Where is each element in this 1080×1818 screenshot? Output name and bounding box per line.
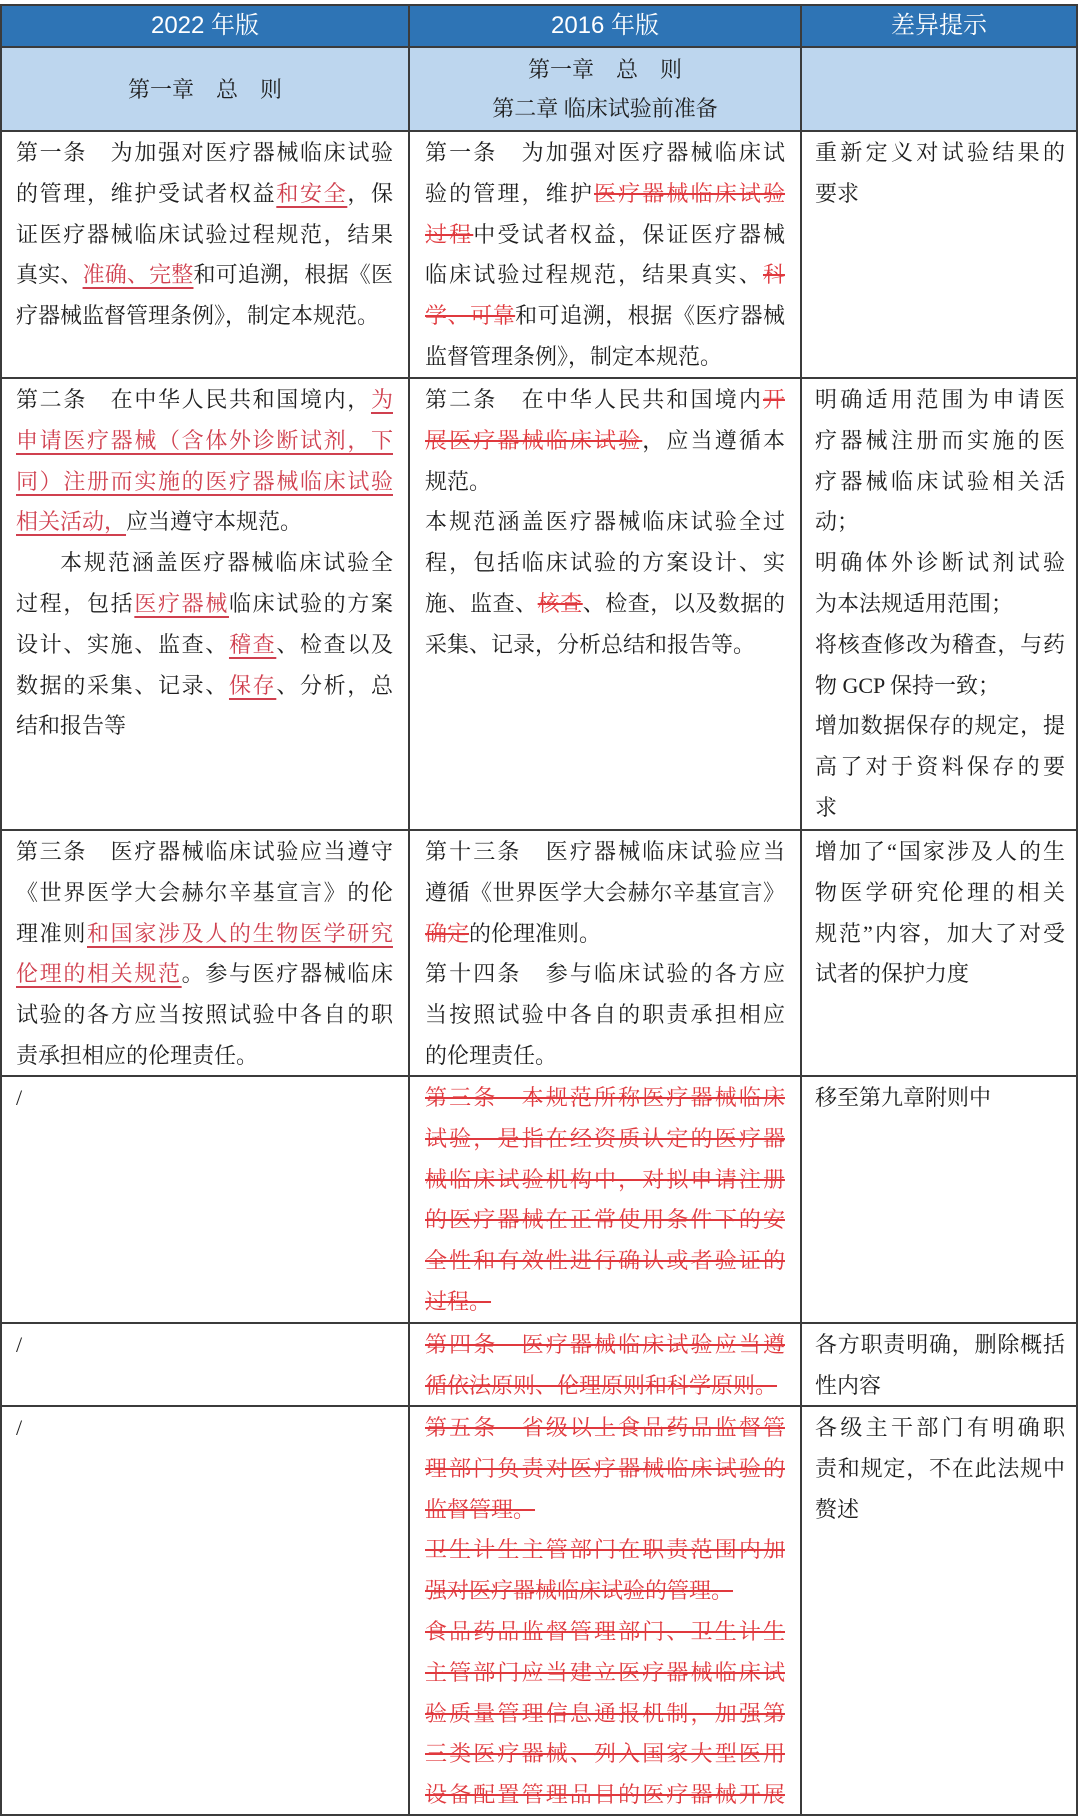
- text-span: 增加数据保存的规定，提: [815, 713, 1065, 738]
- text-span: 第十四条 参与临床试验的各方应: [425, 961, 785, 986]
- text-span: 的伦理准则。: [469, 921, 601, 946]
- text-line: 的医疗器械在正常使用条件下的安: [425, 1200, 785, 1241]
- text-span: 明确体外诊断试剂试验: [815, 550, 1065, 575]
- text-line: 求: [815, 788, 1065, 829]
- text-span: 高了对于资料保存的要: [815, 754, 1065, 779]
- text-line: 第十三条 医疗器械临床试验应当: [425, 832, 785, 873]
- text-line: /: [16, 1325, 393, 1366]
- text-line: 高了对于资料保存的要: [815, 747, 1065, 788]
- text-span: 结和报告等: [16, 713, 126, 738]
- text-span: 第一条 为加强对医疗器械临床试验: [16, 140, 393, 165]
- table-row: 第三条 医疗器械临床试验应当遵守《世界医学大会赫尔辛基宣言》的伦理准则和国家涉及…: [2, 829, 1076, 1075]
- text-line: 三类医疗器械、列入国家大型医用: [425, 1734, 785, 1775]
- text-line: 伦理的相关规范。参与医疗器械临床: [16, 954, 393, 995]
- inserted-text: 稽查: [229, 632, 276, 657]
- deleted-text: 第三条 本规范所称医疗器械临床: [425, 1085, 785, 1110]
- cell-2022: /: [2, 1407, 408, 1814]
- text-line: 明确适用范围为申请医: [815, 380, 1065, 421]
- cell-2022: 第一条 为加强对医疗器械临床试验的管理，维护受试者权益和安全，保证医疗器械临床试…: [2, 132, 408, 377]
- text-span: 各方职责明确，删除概括: [815, 1332, 1065, 1357]
- text-line: 卫生计生主管部门在职责范围内加: [425, 1530, 785, 1571]
- text-span: 试验的各方应当按照试验中各自的职: [16, 1002, 393, 1027]
- comparison-table: 2022 年版 2016 年版 差异提示 第一章 总 则 第一章 总 则 第二章…: [0, 4, 1078, 1816]
- text-span: 明确适用范围为申请医: [815, 387, 1065, 412]
- cell-diff-note: 移至第九章附则中: [800, 1077, 1076, 1322]
- header-cell-diff-note: 差异提示: [800, 6, 1076, 46]
- table-row: 第二条 在中华人民共和国境内，为申请医疗器械（含体外诊断试剂，下同）注册而实施的…: [2, 377, 1076, 829]
- cell-diff-note: 明确适用范围为申请医疗器械注册而实施的医疗器械临床试验相关活动；明确体外诊断试剂…: [800, 379, 1076, 829]
- text-line: 确定的伦理准则。: [425, 914, 785, 955]
- text-line: 食品药品监督管理部门、卫生计生: [425, 1612, 785, 1653]
- deleted-text: 食品药品监督管理部门、卫生计生: [425, 1619, 785, 1644]
- text-span: 动；: [815, 509, 859, 534]
- text-line: 主管部门应当建立医疗器械临床试: [425, 1653, 785, 1694]
- text-line: 数据的采集、记录、保存、分析，总: [16, 666, 393, 707]
- header-cell-2022: 2022 年版: [2, 6, 408, 46]
- deleted-text: 过程。: [425, 1289, 491, 1314]
- text-line: 采集、记录，分析总结和报告等。: [425, 625, 785, 666]
- text-line: 监督管理。: [425, 1490, 785, 1531]
- header-label: 差异提示: [891, 6, 987, 46]
- text-span: 理准则: [16, 921, 87, 946]
- table-row: /第五条 省级以上食品药品监督管理部门负责对医疗器械临床试验的监督管理。卫生计生…: [2, 1405, 1076, 1814]
- chapter-title: 第一章 总 则: [128, 70, 282, 109]
- deleted-text: 确定: [425, 921, 469, 946]
- text-line: 过程，包括医疗器械临床试验的方案: [16, 584, 393, 625]
- text-span: 要求: [815, 181, 859, 206]
- text-line: 设备配置管理品目的医疗器械开展: [425, 1775, 785, 1814]
- text-span: 验的管理，维护: [425, 181, 594, 206]
- text-line: 《世界医学大会赫尔辛基宣言》的伦: [16, 873, 393, 914]
- text-line: 的管理，维护受试者权益和安全，保: [16, 174, 393, 215]
- text-span: 重新定义对试验结果的: [815, 140, 1065, 165]
- text-line: 移至第九章附则中: [815, 1078, 1065, 1119]
- text-line: 验的管理，维护医疗器械临床试验: [425, 174, 785, 215]
- text-line: 要求: [815, 174, 1065, 215]
- text-line: 第一条 为加强对医疗器械临床试: [425, 133, 785, 174]
- cell-diff-note: 重新定义对试验结果的要求: [800, 132, 1076, 377]
- deleted-text: 设备配置管理品目的医疗器械开展: [425, 1782, 785, 1807]
- text-span: 物医学研究伦理的相关: [815, 880, 1065, 905]
- deleted-text: 医疗器械临床试验: [594, 181, 785, 206]
- text-span: 的伦理责任。: [425, 1043, 557, 1068]
- deleted-text: 的医疗器械在正常使用条件下的安: [425, 1207, 785, 1232]
- text-span: 程，包括临床试验的方案设计、实: [425, 550, 785, 575]
- deleted-text: 学、可靠: [425, 303, 515, 328]
- text-line: 性内容: [815, 1366, 1065, 1405]
- text-line: 第一条 为加强对医疗器械临床试验: [16, 133, 393, 174]
- text-span: 和可追溯，根据《医疗器械: [515, 303, 785, 328]
- cell-2016: 第三条 本规范所称医疗器械临床试验，是指在经资质认定的医疗器械临床试验机构中，对…: [408, 1077, 800, 1322]
- deleted-text: 主管部门应当建立医疗器械临床试: [425, 1660, 785, 1685]
- text-span: 规范”内容，加大了对受: [815, 921, 1065, 946]
- text-line: 重新定义对试验结果的: [815, 133, 1065, 174]
- text-span: ，保: [347, 181, 393, 206]
- text-span: 、检查，以及数据的: [583, 591, 785, 616]
- text-span: 《世界医学大会赫尔辛基宣言》的伦: [16, 880, 393, 905]
- text-span: 证医疗器械临床试验过程规范，结果: [16, 222, 393, 247]
- text-line: 监督管理条例》，制定本规范。: [425, 337, 785, 377]
- text-line: 过程。: [425, 1282, 785, 1322]
- text-span: ，应当遵循本: [642, 428, 785, 453]
- text-line: 展医疗器械临床试验，应当遵循本: [425, 421, 785, 462]
- text-span: 移至第九章附则中: [815, 1085, 991, 1110]
- inserted-text: 和国家涉及人的生物医学研究: [87, 921, 393, 946]
- text-line: 各方职责明确，删除概括: [815, 1325, 1065, 1366]
- chapter-row: 第一章 总 则 第一章 总 则 第二章 临床试验前准备: [2, 46, 1076, 130]
- text-span: 规范。: [425, 469, 491, 494]
- text-line: 验质量管理信息通报机制，加强第: [425, 1694, 785, 1735]
- cell-2022: 第三条 医疗器械临床试验应当遵守《世界医学大会赫尔辛基宣言》的伦理准则和国家涉及…: [2, 831, 408, 1075]
- text-line: 遵循《世界医学大会赫尔辛基宣言》: [425, 873, 785, 914]
- text-line: 责和规定，不在此法规中: [815, 1449, 1065, 1490]
- text-line: 第三条 本规范所称医疗器械临床: [425, 1078, 785, 1119]
- text-span: 疗器械监督管理条例》，制定本规范。: [16, 303, 379, 328]
- text-span: 的管理，维护受试者权益: [16, 181, 276, 206]
- table-row: /第四条 医疗器械临床试验应当遵循依法原则、伦理原则和科学原则。各方职责明确，删…: [2, 1322, 1076, 1405]
- deleted-text: 第五条 省级以上食品药品监督管: [425, 1415, 785, 1440]
- cell-diff-note: 各方职责明确，删除概括性内容: [800, 1324, 1076, 1405]
- inserted-text: 伦理的相关规范: [16, 961, 182, 986]
- text-line: 第二条 在中华人民共和国境内开: [425, 380, 785, 421]
- text-span: 。参与医疗器械临床: [182, 961, 393, 986]
- text-line: 相关活动，应当遵守本规范。: [16, 502, 393, 543]
- deleted-text: 监督管理。: [425, 1497, 535, 1522]
- text-span: 应当遵守本规范。: [126, 509, 302, 534]
- table-row: 第一条 为加强对医疗器械临床试验的管理，维护受试者权益和安全，保证医疗器械临床试…: [2, 130, 1076, 377]
- text-line: /: [16, 1408, 393, 1449]
- deleted-text: 试验，是指在经资质认定的医疗器: [425, 1126, 785, 1151]
- text-span: 过程，包括: [16, 591, 134, 616]
- text-span: /: [16, 1415, 22, 1440]
- text-span: 责和规定，不在此法规中: [815, 1456, 1065, 1481]
- table-header-row: 2022 年版 2016 年版 差异提示: [2, 4, 1076, 46]
- inserted-text: 准确、完整: [83, 262, 194, 287]
- text-line: 临床试验过程规范，结果真实、科: [425, 255, 785, 296]
- text-line: 将核查修改为稽查，与药: [815, 625, 1065, 666]
- text-line: 第三条 医疗器械临床试验应当遵守: [16, 832, 393, 873]
- text-span: 增加了“国家涉及人的生: [815, 839, 1065, 864]
- text-span: 中受试者权益，保证医疗器械: [473, 222, 785, 247]
- table-row: /第三条 本规范所称医疗器械临床试验，是指在经资质认定的医疗器械临床试验机构中，…: [2, 1075, 1076, 1322]
- deleted-text: 三类医疗器械、列入国家大型医用: [425, 1741, 785, 1766]
- header-label: 2022 年版: [151, 6, 259, 46]
- chapter-cell-diff-note: [800, 48, 1076, 130]
- cell-2022: /: [2, 1077, 408, 1322]
- text-line: 规范。: [425, 462, 785, 503]
- text-line: 全性和有效性进行确认或者验证的: [425, 1241, 785, 1282]
- cell-2016: 第二条 在中华人民共和国境内开展医疗器械临床试验，应当遵循本规范。本规范涵盖医疗…: [408, 379, 800, 829]
- text-span: 第三条 医疗器械临床试验应当遵守: [16, 839, 393, 864]
- deleted-text: 循依法原则、伦理原则和科学原则。: [425, 1373, 777, 1398]
- text-line: 物 GCP 保持一致；: [815, 666, 1065, 707]
- text-span: 本规范涵盖医疗器械临床试验全: [60, 550, 393, 575]
- text-span: 和可追溯，根据《医: [194, 262, 393, 287]
- text-line: 的伦理责任。: [425, 1036, 785, 1075]
- text-line: 设计、实施、监查、稽查、检查以及: [16, 625, 393, 666]
- deleted-text: 械临床试验机构中，对拟申请注册: [425, 1167, 785, 1192]
- text-span: 物 GCP 保持一致；: [815, 673, 1000, 698]
- text-line: /: [16, 1078, 393, 1119]
- chapter-title: 第一章 总 则: [528, 50, 682, 89]
- text-span: 各级主干部门有明确职: [815, 1415, 1065, 1440]
- text-line: 试者的保护力度: [815, 954, 1065, 995]
- text-span: 临床试验过程规范，结果真实、: [425, 262, 763, 287]
- deleted-text: 科: [763, 262, 785, 287]
- deleted-text: 开: [763, 387, 785, 412]
- inserted-text: 相关活动，: [16, 509, 126, 534]
- text-span: 将核查修改为稽查，与药: [815, 632, 1065, 657]
- text-line: 试验的各方应当按照试验中各自的职: [16, 995, 393, 1036]
- text-span: 第二条 在中华人民共和国境内，: [16, 387, 371, 412]
- text-line: 结和报告等: [16, 706, 393, 747]
- chapter-title: 第二章 临床试验前准备: [492, 89, 718, 128]
- text-line: 疗器械监督管理条例》，制定本规范。: [16, 296, 393, 337]
- text-line: 赘述: [815, 1490, 1065, 1531]
- text-line: 过程中受试者权益，保证医疗器械: [425, 215, 785, 256]
- text-span: 、检查以及: [276, 632, 393, 657]
- text-line: 本规范涵盖医疗器械临床试验全过: [425, 502, 785, 543]
- deleted-text: 卫生计生主管部门在职责范围内加: [425, 1537, 785, 1562]
- text-span: 试者的保护力度: [815, 961, 969, 986]
- text-span: 采集、记录，分析总结和报告等。: [425, 632, 755, 657]
- text-line: 理准则和国家涉及人的生物医学研究: [16, 914, 393, 955]
- text-span: 、分析，总: [276, 673, 393, 698]
- cell-2016: 第五条 省级以上食品药品监督管理部门负责对医疗器械临床试验的监督管理。卫生计生主…: [408, 1407, 800, 1814]
- text-span: 数据的采集、记录、: [16, 673, 229, 698]
- text-line: 施、监查、核查、检查，以及数据的: [425, 584, 785, 625]
- deleted-text: 第四条 医疗器械临床试验应当遵: [425, 1332, 785, 1357]
- text-line: 同）注册而实施的医疗器械临床试验: [16, 462, 393, 503]
- text-line: 增加数据保存的规定，提: [815, 706, 1065, 747]
- cell-2016: 第四条 医疗器械临床试验应当遵循依法原则、伦理原则和科学原则。: [408, 1324, 800, 1405]
- text-line: 规范”内容，加大了对受: [815, 914, 1065, 955]
- cell-2016: 第十三条 医疗器械临床试验应当遵循《世界医学大会赫尔辛基宣言》确定的伦理准则。第…: [408, 831, 800, 1075]
- text-line: 申请医疗器械（含体外诊断试剂，下: [16, 421, 393, 462]
- cell-diff-note: 增加了“国家涉及人的生物医学研究伦理的相关规范”内容，加大了对受试者的保护力度: [800, 831, 1076, 1075]
- inserted-text: 保存: [229, 673, 276, 698]
- text-line: 当按照试验中各自的职责承担相应: [425, 995, 785, 1036]
- chapter-cell-2016: 第一章 总 则 第二章 临床试验前准备: [408, 48, 800, 130]
- text-span: /: [16, 1085, 22, 1110]
- text-line: 疗器械临床试验相关活: [815, 462, 1065, 503]
- inserted-text: 和安全: [276, 181, 347, 206]
- text-line: 各级主干部门有明确职: [815, 1408, 1065, 1449]
- table-body: 第一条 为加强对医疗器械临床试验的管理，维护受试者权益和安全，保证医疗器械临床试…: [2, 130, 1076, 1814]
- text-line: 增加了“国家涉及人的生: [815, 832, 1065, 873]
- header-label: 2016 年版: [551, 6, 659, 46]
- text-line: 循依法原则、伦理原则和科学原则。: [425, 1366, 785, 1405]
- text-span: 真实、: [16, 262, 83, 287]
- text-span: 赘述: [815, 1497, 859, 1522]
- deleted-text: 强对医疗器械临床试验的管理。: [425, 1578, 733, 1603]
- text-line: 试验，是指在经资质认定的医疗器: [425, 1119, 785, 1160]
- deleted-text: 过程: [425, 222, 473, 247]
- text-span: 求: [815, 795, 837, 820]
- text-line: 程，包括临床试验的方案设计、实: [425, 543, 785, 584]
- text-line: 物医学研究伦理的相关: [815, 873, 1065, 914]
- text-line: 动；: [815, 502, 1065, 543]
- text-line: 明确体外诊断试剂试验: [815, 543, 1065, 584]
- text-span: 第十三条 医疗器械临床试验应当: [425, 839, 785, 864]
- text-span: 监督管理条例》，制定本规范。: [425, 344, 722, 369]
- text-span: 性内容: [815, 1373, 881, 1398]
- text-span: 设计、实施、监查、: [16, 632, 229, 657]
- text-line: 学、可靠和可追溯，根据《医疗器械: [425, 296, 785, 337]
- cell-2016: 第一条 为加强对医疗器械临床试验的管理，维护医疗器械临床试验过程中受试者权益，保…: [408, 132, 800, 377]
- inserted-text: 医疗器械: [134, 591, 229, 616]
- text-line: 证医疗器械临床试验过程规范，结果: [16, 215, 393, 256]
- cell-2022: /: [2, 1324, 408, 1405]
- text-span: /: [16, 1332, 22, 1357]
- deleted-text: 展医疗器械临床试验: [425, 428, 642, 453]
- deleted-text: 理部门负责对医疗器械临床试验的: [425, 1456, 785, 1481]
- text-line: 强对医疗器械临床试验的管理。: [425, 1571, 785, 1612]
- text-span: 施、监查、: [425, 591, 538, 616]
- text-span: 当按照试验中各自的职责承担相应: [425, 1002, 785, 1027]
- cell-diff-note: 各级主干部门有明确职责和规定，不在此法规中赘述: [800, 1407, 1076, 1814]
- deleted-text: 全性和有效性进行确认或者验证的: [425, 1248, 785, 1273]
- inserted-text: 为: [371, 387, 393, 412]
- text-span: 责承担相应的伦理责任。: [16, 1043, 258, 1068]
- header-cell-2016: 2016 年版: [408, 6, 800, 46]
- text-span: 疗器械临床试验相关活: [815, 469, 1065, 494]
- text-line: 真实、准确、完整和可追溯，根据《医: [16, 255, 393, 296]
- inserted-text: 同）注册而实施的医疗器械临床试验: [16, 469, 393, 494]
- text-line: 本规范涵盖医疗器械临床试验全: [16, 543, 393, 584]
- text-span: 第一条 为加强对医疗器械临床试: [425, 140, 785, 165]
- text-line: 第十四条 参与临床试验的各方应: [425, 954, 785, 995]
- text-span: 本规范涵盖医疗器械临床试验全过: [425, 509, 785, 534]
- text-line: 械临床试验机构中，对拟申请注册: [425, 1160, 785, 1201]
- deleted-text: 验质量管理信息通报机制，加强第: [425, 1701, 785, 1726]
- text-line: 责承担相应的伦理责任。: [16, 1036, 393, 1075]
- text-line: 为本法规适用范围；: [815, 584, 1065, 625]
- text-span: 疗器械注册而实施的医: [815, 428, 1065, 453]
- text-span: 临床试验的方案: [229, 591, 393, 616]
- text-line: 第二条 在中华人民共和国境内，为: [16, 380, 393, 421]
- text-line: 第四条 医疗器械临床试验应当遵: [425, 1325, 785, 1366]
- text-span: 遵循《世界医学大会赫尔辛基宣言》: [425, 880, 785, 905]
- inserted-text: 申请医疗器械（含体外诊断试剂，下: [16, 428, 393, 453]
- cell-2022: 第二条 在中华人民共和国境内，为申请医疗器械（含体外诊断试剂，下同）注册而实施的…: [2, 379, 408, 829]
- text-line: 第五条 省级以上食品药品监督管: [425, 1408, 785, 1449]
- text-span: 第二条 在中华人民共和国境内: [425, 387, 763, 412]
- text-span: 为本法规适用范围；: [815, 591, 1013, 616]
- deleted-text: 核查: [538, 591, 583, 616]
- text-line: 理部门负责对医疗器械临床试验的: [425, 1449, 785, 1490]
- text-line: 疗器械注册而实施的医: [815, 421, 1065, 462]
- chapter-cell-2022: 第一章 总 则: [2, 48, 408, 130]
